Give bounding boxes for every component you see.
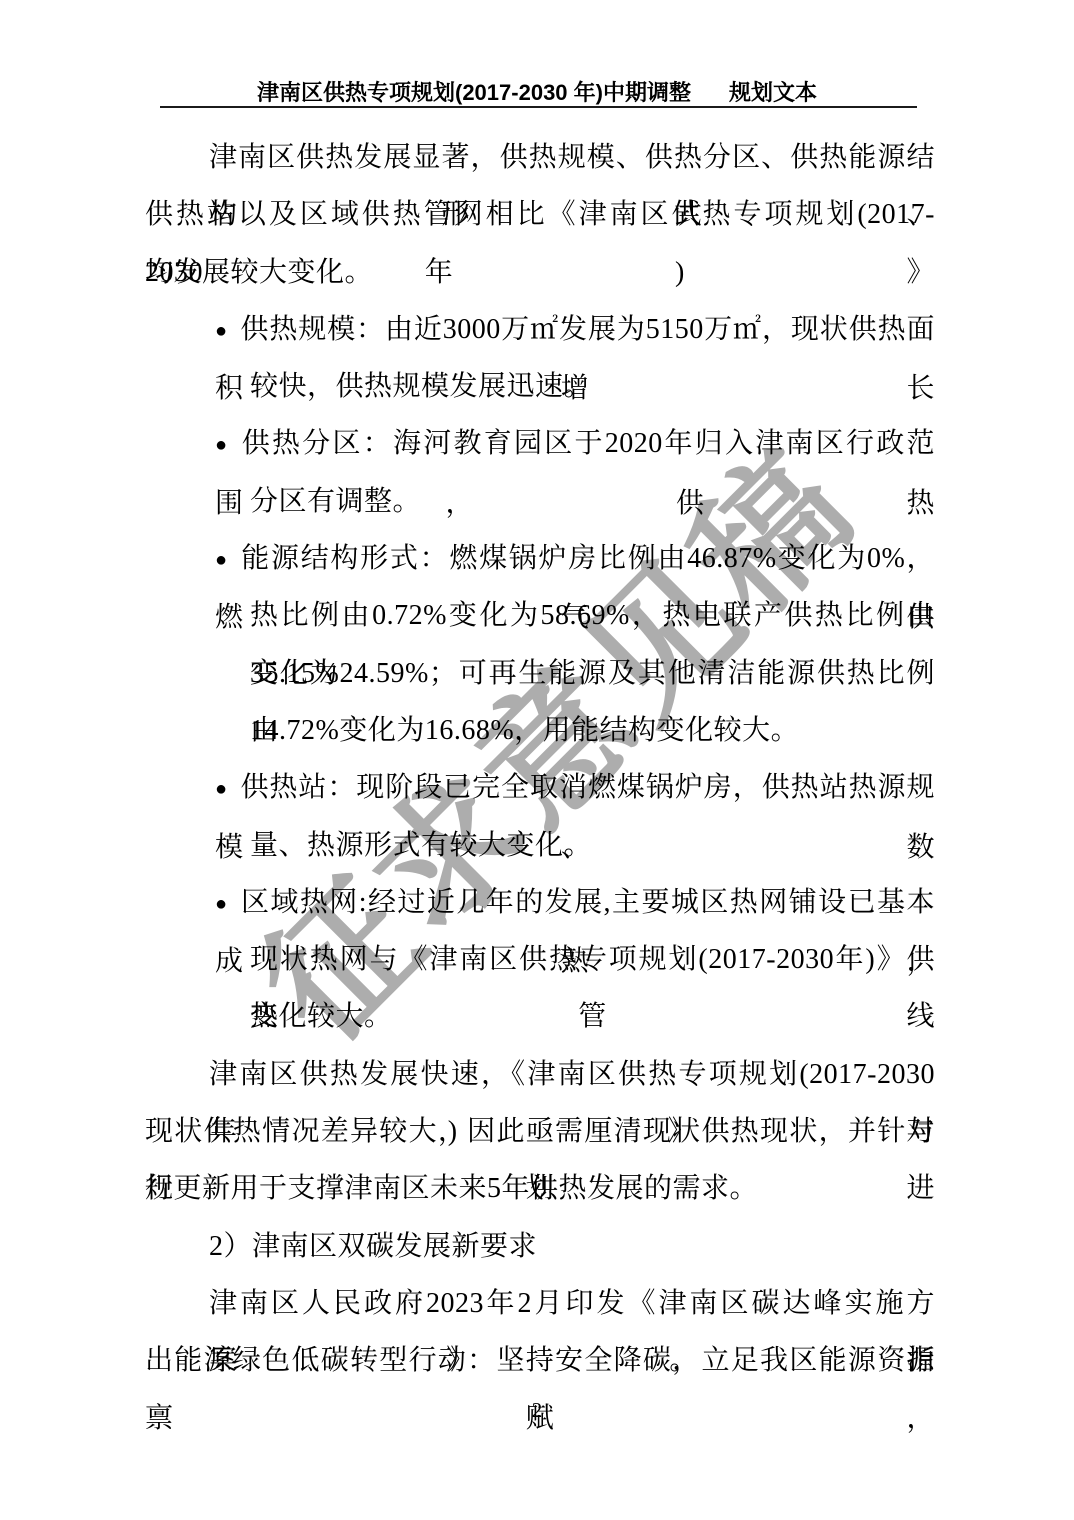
paragraph-line: 津南区人民政府2023年2月印发《津南区碳达峰实施方案》。指 <box>145 1275 935 1332</box>
document-body: 津南区供热发展显著，供热规模、供热分区、供热能源结构形式、 供热站以及区域供热管… <box>145 129 935 1390</box>
header-doc-type: 规划文本 <box>729 80 817 105</box>
page-header: 津南区供热专项规划(2017-2030 年)中期调整规划文本 <box>0 76 1074 107</box>
bullet-line: ●区域热网:经过近几年的发展,主要城区热网铺设已基本成熟， <box>145 874 935 931</box>
paragraph-line: 津南区供热发展快速，《津南区供热专项规划(2017-2030年)》与 <box>145 1046 935 1103</box>
bullet-icon: ● <box>215 761 240 818</box>
paragraph-line: 供热站以及区域供热管网相比《津南区供热专项规划(2017-2030年)》 <box>145 186 935 243</box>
header-title: 津南区供热专项规划(2017-2030 年)中期调整 <box>257 80 691 105</box>
bullet-line: ●能源结构形式：燃煤锅炉房比例由46.87%变化为0%，燃气供 <box>145 530 935 587</box>
bullet-line: 现状热网与《津南区供热专项规划(2017-2030年)》供热管线 <box>145 931 935 988</box>
bullet-line: ●供热站：现阶段已完全取消燃煤锅炉房，供热站热源规模、数 <box>145 759 935 816</box>
paragraph-line: 出能源绿色低碳转型行动：坚持安全降碳，立足我区能源资源禀赋， <box>145 1332 935 1389</box>
document-page: 征求意见稿 津南区供热专项规划(2017-2030 年)中期调整规划文本 津南区… <box>0 0 1074 1520</box>
page-number: 2 <box>0 1398 1074 1423</box>
bullet-icon: ● <box>215 876 240 933</box>
bullet-line: 热比例由0.72%变化为58.69%，热电联产供热比例由35.15% <box>145 587 935 644</box>
bullet-line: ●供热规模：由近3000万㎡发展为5150万㎡，现状供热面积增长 <box>145 301 935 358</box>
header-rule <box>160 106 917 108</box>
bullet-line: 变化为24.59%；可再生能源及其他清洁能源供热比例由 <box>145 645 935 702</box>
bullet-icon: ● <box>215 417 240 474</box>
paragraph-line: 现状供热情况差异较大，因此亟需厘清现状供热现状，并针对规划进 <box>145 1103 935 1160</box>
bullet-icon: ● <box>215 303 240 360</box>
bullet-line: ●供热分区：海河教育园区于2020年归入津南区行政范围，供热 <box>145 415 935 472</box>
bullet-line: 14.72%变化为16.68%，用能结构变化较大。 <box>145 702 935 759</box>
paragraph-line: 津南区供热发展显著，供热规模、供热分区、供热能源结构形式、 <box>145 129 935 186</box>
section-heading: 2）津南区双碳发展新要求 <box>145 1218 935 1275</box>
bullet-icon: ● <box>215 532 240 589</box>
